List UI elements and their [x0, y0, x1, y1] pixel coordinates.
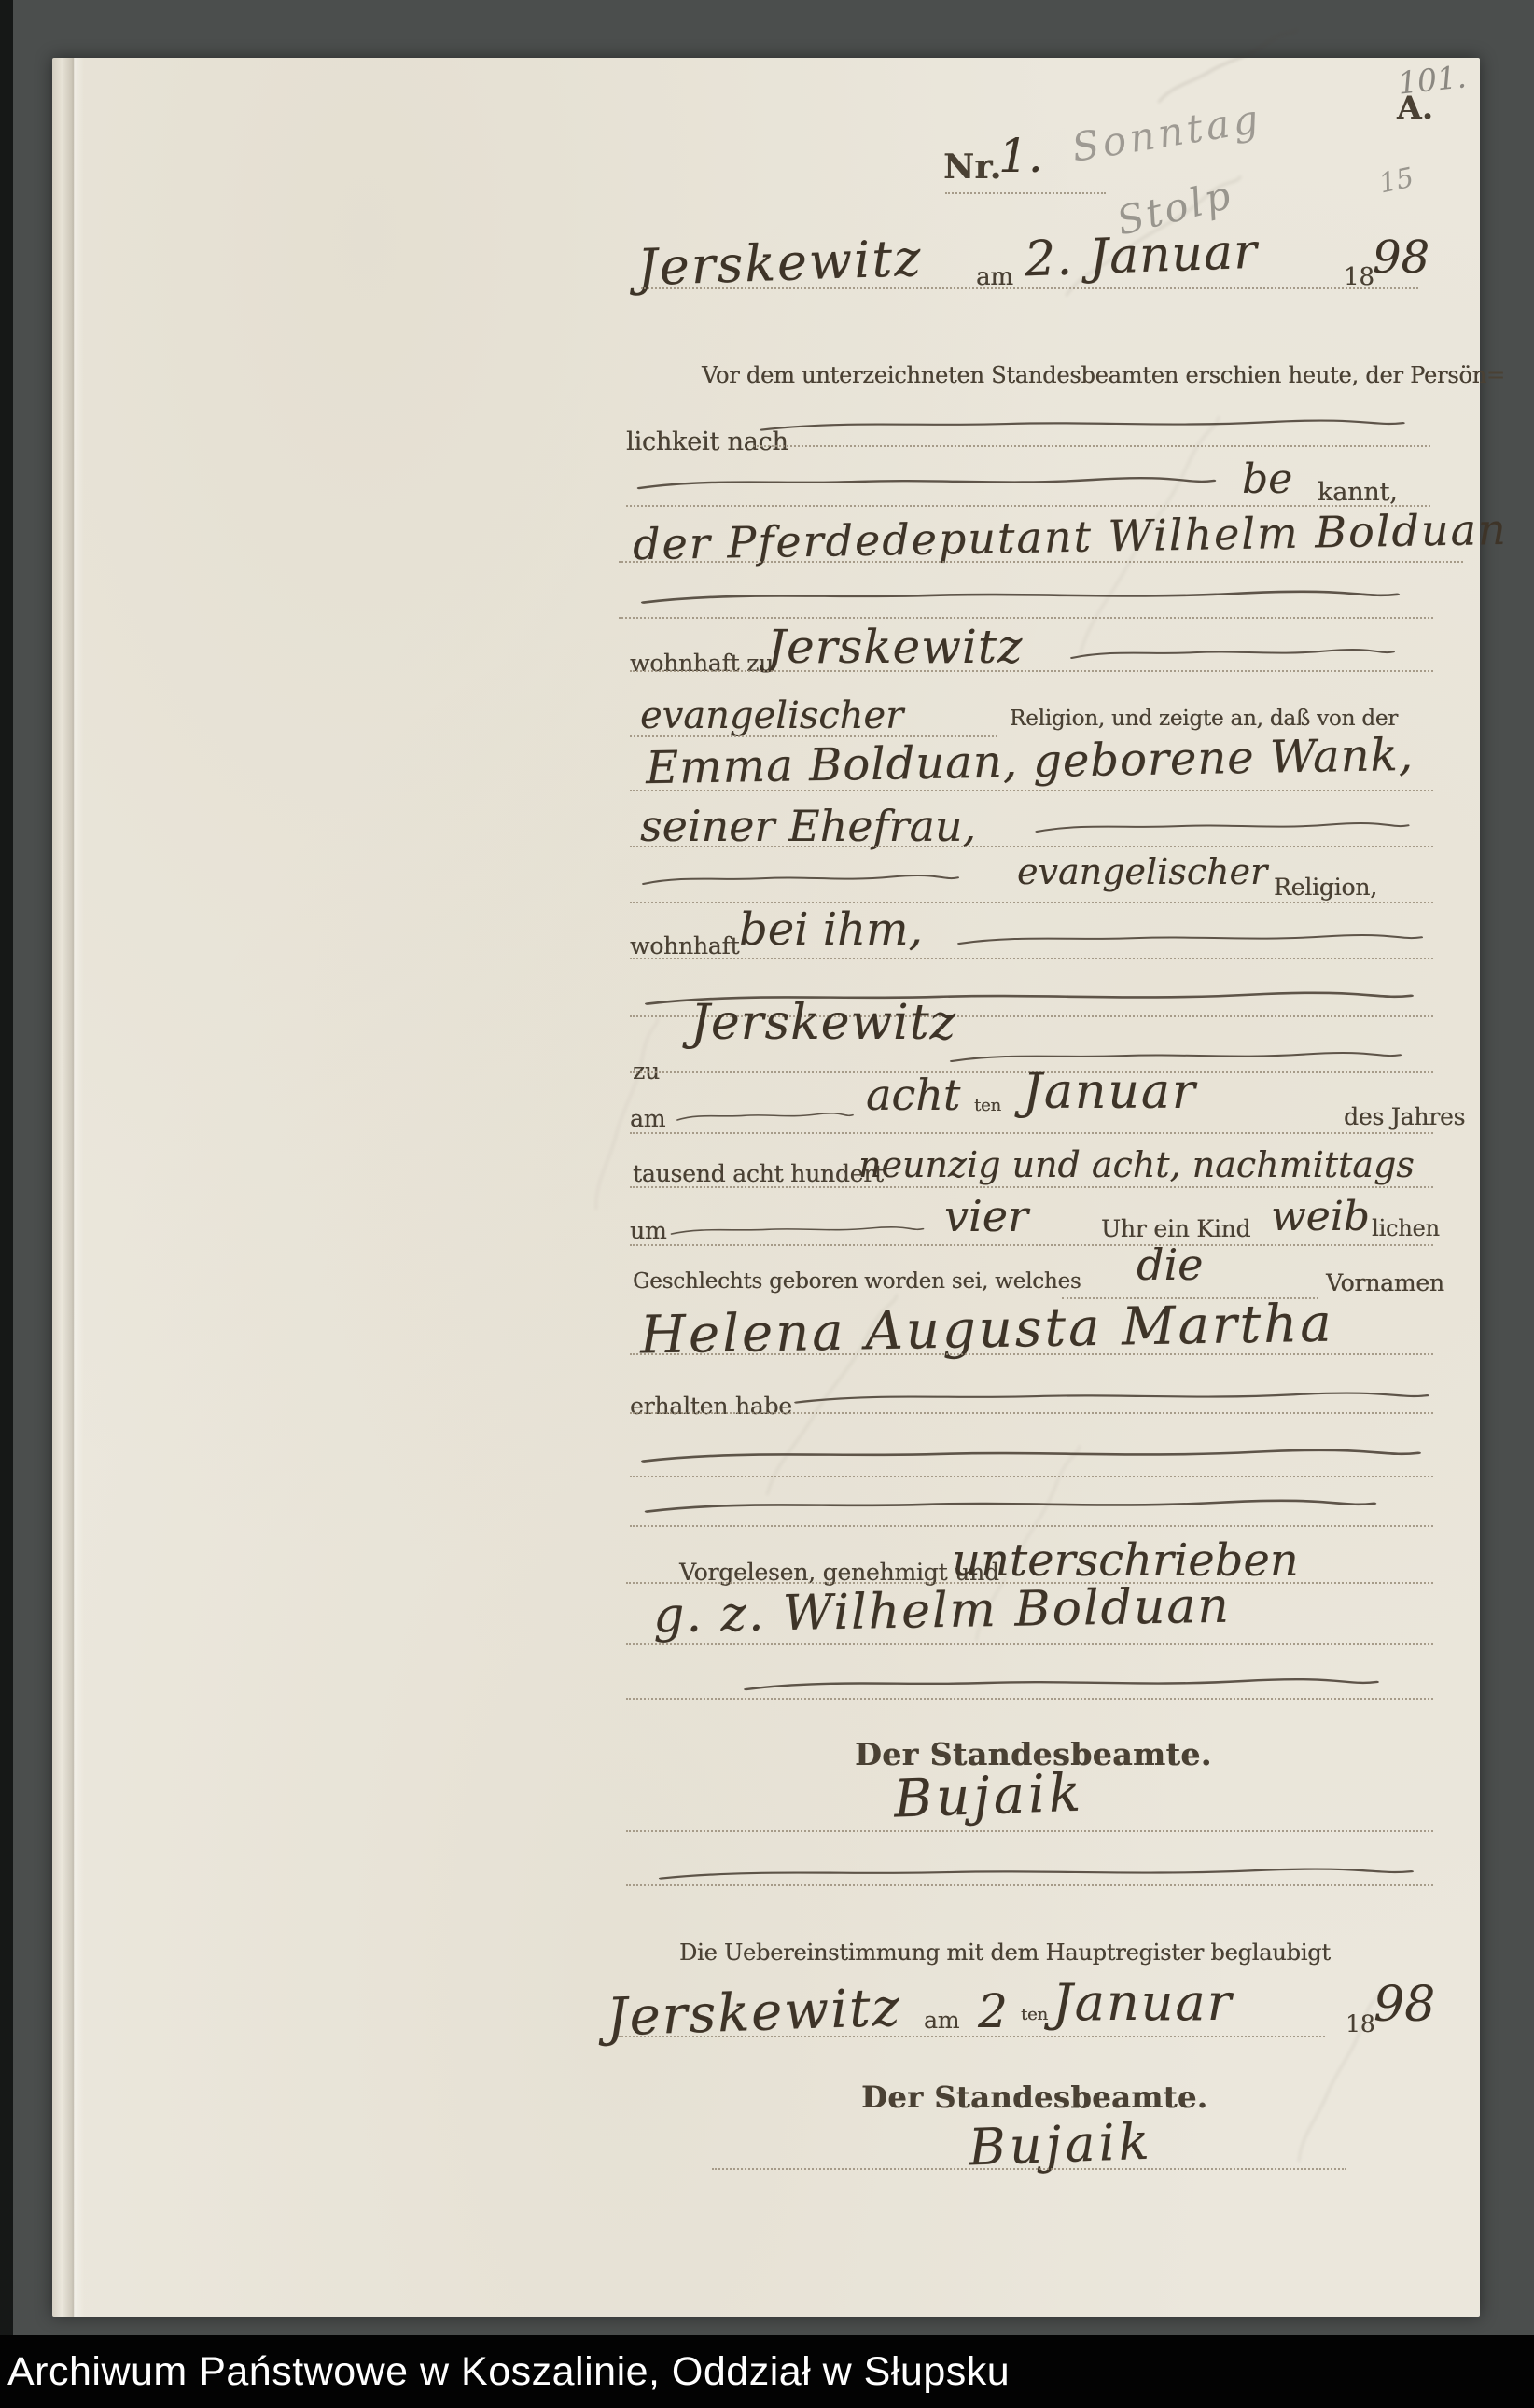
dotted-line	[626, 1884, 1433, 1886]
dotted-line	[630, 1244, 1433, 1246]
birthplace-value: Jerskewitz	[690, 995, 956, 1051]
filler-stroke	[1033, 818, 1412, 836]
birthdate-month: Januar	[1023, 1064, 1197, 1120]
filler-stroke	[640, 870, 961, 889]
registrar-signature: Bujaik	[893, 1762, 1085, 1829]
dotted-line	[630, 1186, 1433, 1188]
dotted-line	[641, 287, 1418, 289]
certification-place: Jerskewitz	[606, 1978, 902, 2049]
filler-stroke	[636, 1443, 1426, 1467]
known-written: be	[1242, 455, 1292, 503]
filler-stroke	[636, 584, 1404, 609]
religion2-written: evangelischer	[1017, 851, 1267, 892]
residence2-label: wohnhaft	[630, 932, 739, 959]
certification-registrar-title: Der Standesbeamte.	[861, 2079, 1207, 2115]
dateline-year-written: 98	[1373, 231, 1429, 284]
received-printed: erhalten habe	[630, 1393, 792, 1420]
certification-am-label: am	[924, 2007, 959, 2034]
time-written: vier	[944, 1191, 1028, 1241]
dotted-line	[619, 2036, 1325, 2037]
certification-year-printed: 18	[1346, 2010, 1374, 2037]
dotted-line	[630, 670, 1433, 672]
residence2-value: bei ihm,	[739, 903, 923, 956]
sex-written: weib	[1271, 1193, 1370, 1240]
filler-stroke	[1068, 644, 1397, 663]
filler-stroke	[756, 414, 1409, 435]
filler-stroke	[790, 1387, 1433, 1407]
filler-stroke	[740, 1673, 1383, 1695]
dotted-line	[626, 1830, 1433, 1832]
article-written: die	[1137, 1239, 1203, 1290]
dotted-line	[630, 1476, 1433, 1477]
relation-entry: seiner Ehefrau,	[640, 801, 976, 851]
filler-stroke	[669, 1223, 926, 1238]
known-printed: kannt,	[1318, 478, 1397, 507]
certification-day: 2	[978, 1984, 1008, 2038]
year-written: neunzig und acht, nachmittags	[858, 1144, 1415, 1185]
sex-line-printed: Geschlechts geboren worden sei, welches	[633, 1269, 1081, 1294]
filler-stroke	[947, 1047, 1404, 1066]
document-scan: 101. A. Sonntag Stolp 15 Nr. 1. Jerskewi…	[0, 0, 1534, 2408]
dateline-day-month: 2. Januar	[1024, 224, 1259, 288]
birthdate-year-label: des Jahres	[1344, 1103, 1465, 1130]
dotted-line	[630, 1353, 1433, 1355]
intro-line-1: Vor dem unterzeichneten Standesbeamten e…	[702, 362, 1505, 388]
book-spine-edge	[0, 0, 13, 2408]
time-printed: Uhr ein Kind	[1101, 1215, 1250, 1242]
certification-printed: Die Uebereinstimmung mit dem Hauptregist…	[679, 1939, 1331, 1966]
birthdate-day: acht	[866, 1070, 960, 1120]
dotted-line	[630, 846, 1433, 847]
dotted-line	[630, 790, 1433, 791]
residence-label: wohnhaft zu	[630, 650, 774, 677]
dotted-line	[753, 445, 1430, 447]
dotted-line	[630, 958, 1433, 959]
dotted-line	[619, 561, 1463, 563]
dotted-line	[619, 617, 1433, 619]
dotted-line	[630, 1412, 1433, 1414]
dotted-line	[630, 1525, 1433, 1527]
certification-ten: ten	[1021, 2005, 1048, 2024]
vornamen-printed: Vornamen	[1326, 1269, 1444, 1296]
archive-footer-bar: Archiwum Państwowe w Koszalinie, Oddział…	[0, 2335, 1534, 2408]
form-letter: A.	[1397, 90, 1433, 127]
filler-stroke	[676, 1109, 855, 1124]
dotted-line	[630, 1132, 1433, 1134]
filler-stroke	[634, 471, 1220, 494]
filler-stroke	[955, 930, 1426, 948]
religion1-printed: Religion, und zeigte an, daß von der	[1010, 707, 1398, 731]
sex-printed: lichen	[1372, 1215, 1440, 1241]
birthdate-ten: ten	[974, 1096, 1001, 1115]
certification-month: Januar	[1053, 1973, 1233, 2032]
dotted-line	[626, 1698, 1433, 1700]
declarant-signature: g. z. Wilhelm Bolduan	[653, 1578, 1232, 1645]
record-number-value: 1.	[998, 129, 1043, 183]
time-label: um	[630, 1217, 666, 1244]
residence-value: Jerskewitz	[767, 620, 1023, 674]
filler-stroke	[654, 1863, 1418, 1883]
archive-name: Archiwum Państwowe w Koszalinie, Oddział…	[0, 2349, 1010, 2395]
religion2-printed: Religion,	[1274, 874, 1377, 901]
certification-year-written: 98	[1374, 1977, 1435, 2033]
filler-stroke	[640, 1493, 1381, 1518]
religion1-written: evangelischer	[640, 694, 903, 737]
certification-registrar-signature: Bujaik	[968, 2112, 1153, 2177]
dotted-line	[712, 2168, 1346, 2170]
birthdate-am-label: am	[630, 1105, 665, 1132]
year-printed: tausend acht hundert	[633, 1160, 884, 1187]
dotted-line	[945, 192, 1106, 194]
record-number-label: Nr.	[943, 147, 1002, 187]
dotted-line	[626, 1643, 1433, 1645]
